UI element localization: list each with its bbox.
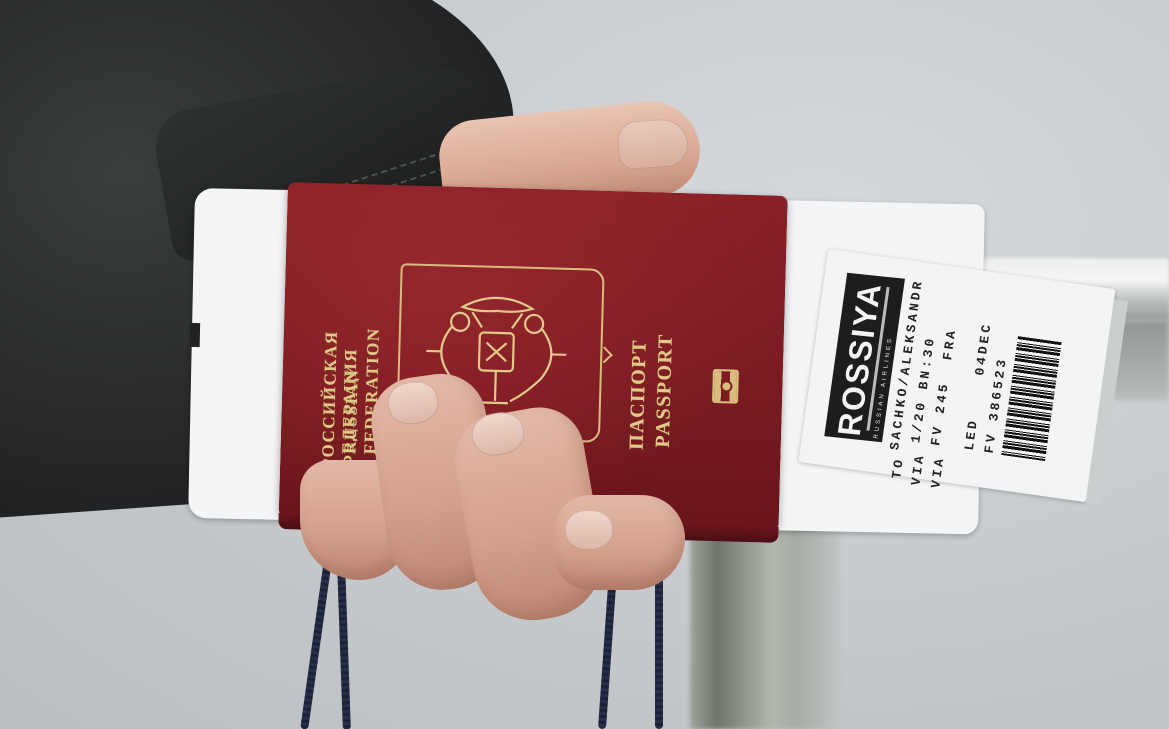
fingers	[300, 470, 690, 620]
passport-title-en: PASSPORT	[652, 297, 679, 448]
barcode	[1001, 336, 1061, 461]
to-label: TO	[889, 452, 907, 480]
photo-scene: РОССИЙСКАЯ ФЕДЕРАЦИЯ RUSSIAN FEDERATION …	[0, 0, 1169, 729]
ticket-notch	[190, 323, 201, 347]
biometric-chip-icon	[712, 369, 739, 404]
passport-title-ru: ПАСПОРТ	[626, 300, 653, 451]
fingernail	[565, 510, 613, 550]
baggage-tag-sticker: ROSSIYA RUSSIAN AIRLINES SACHKO/ALEKSAND…	[798, 249, 1115, 502]
thumbnail	[616, 118, 689, 171]
